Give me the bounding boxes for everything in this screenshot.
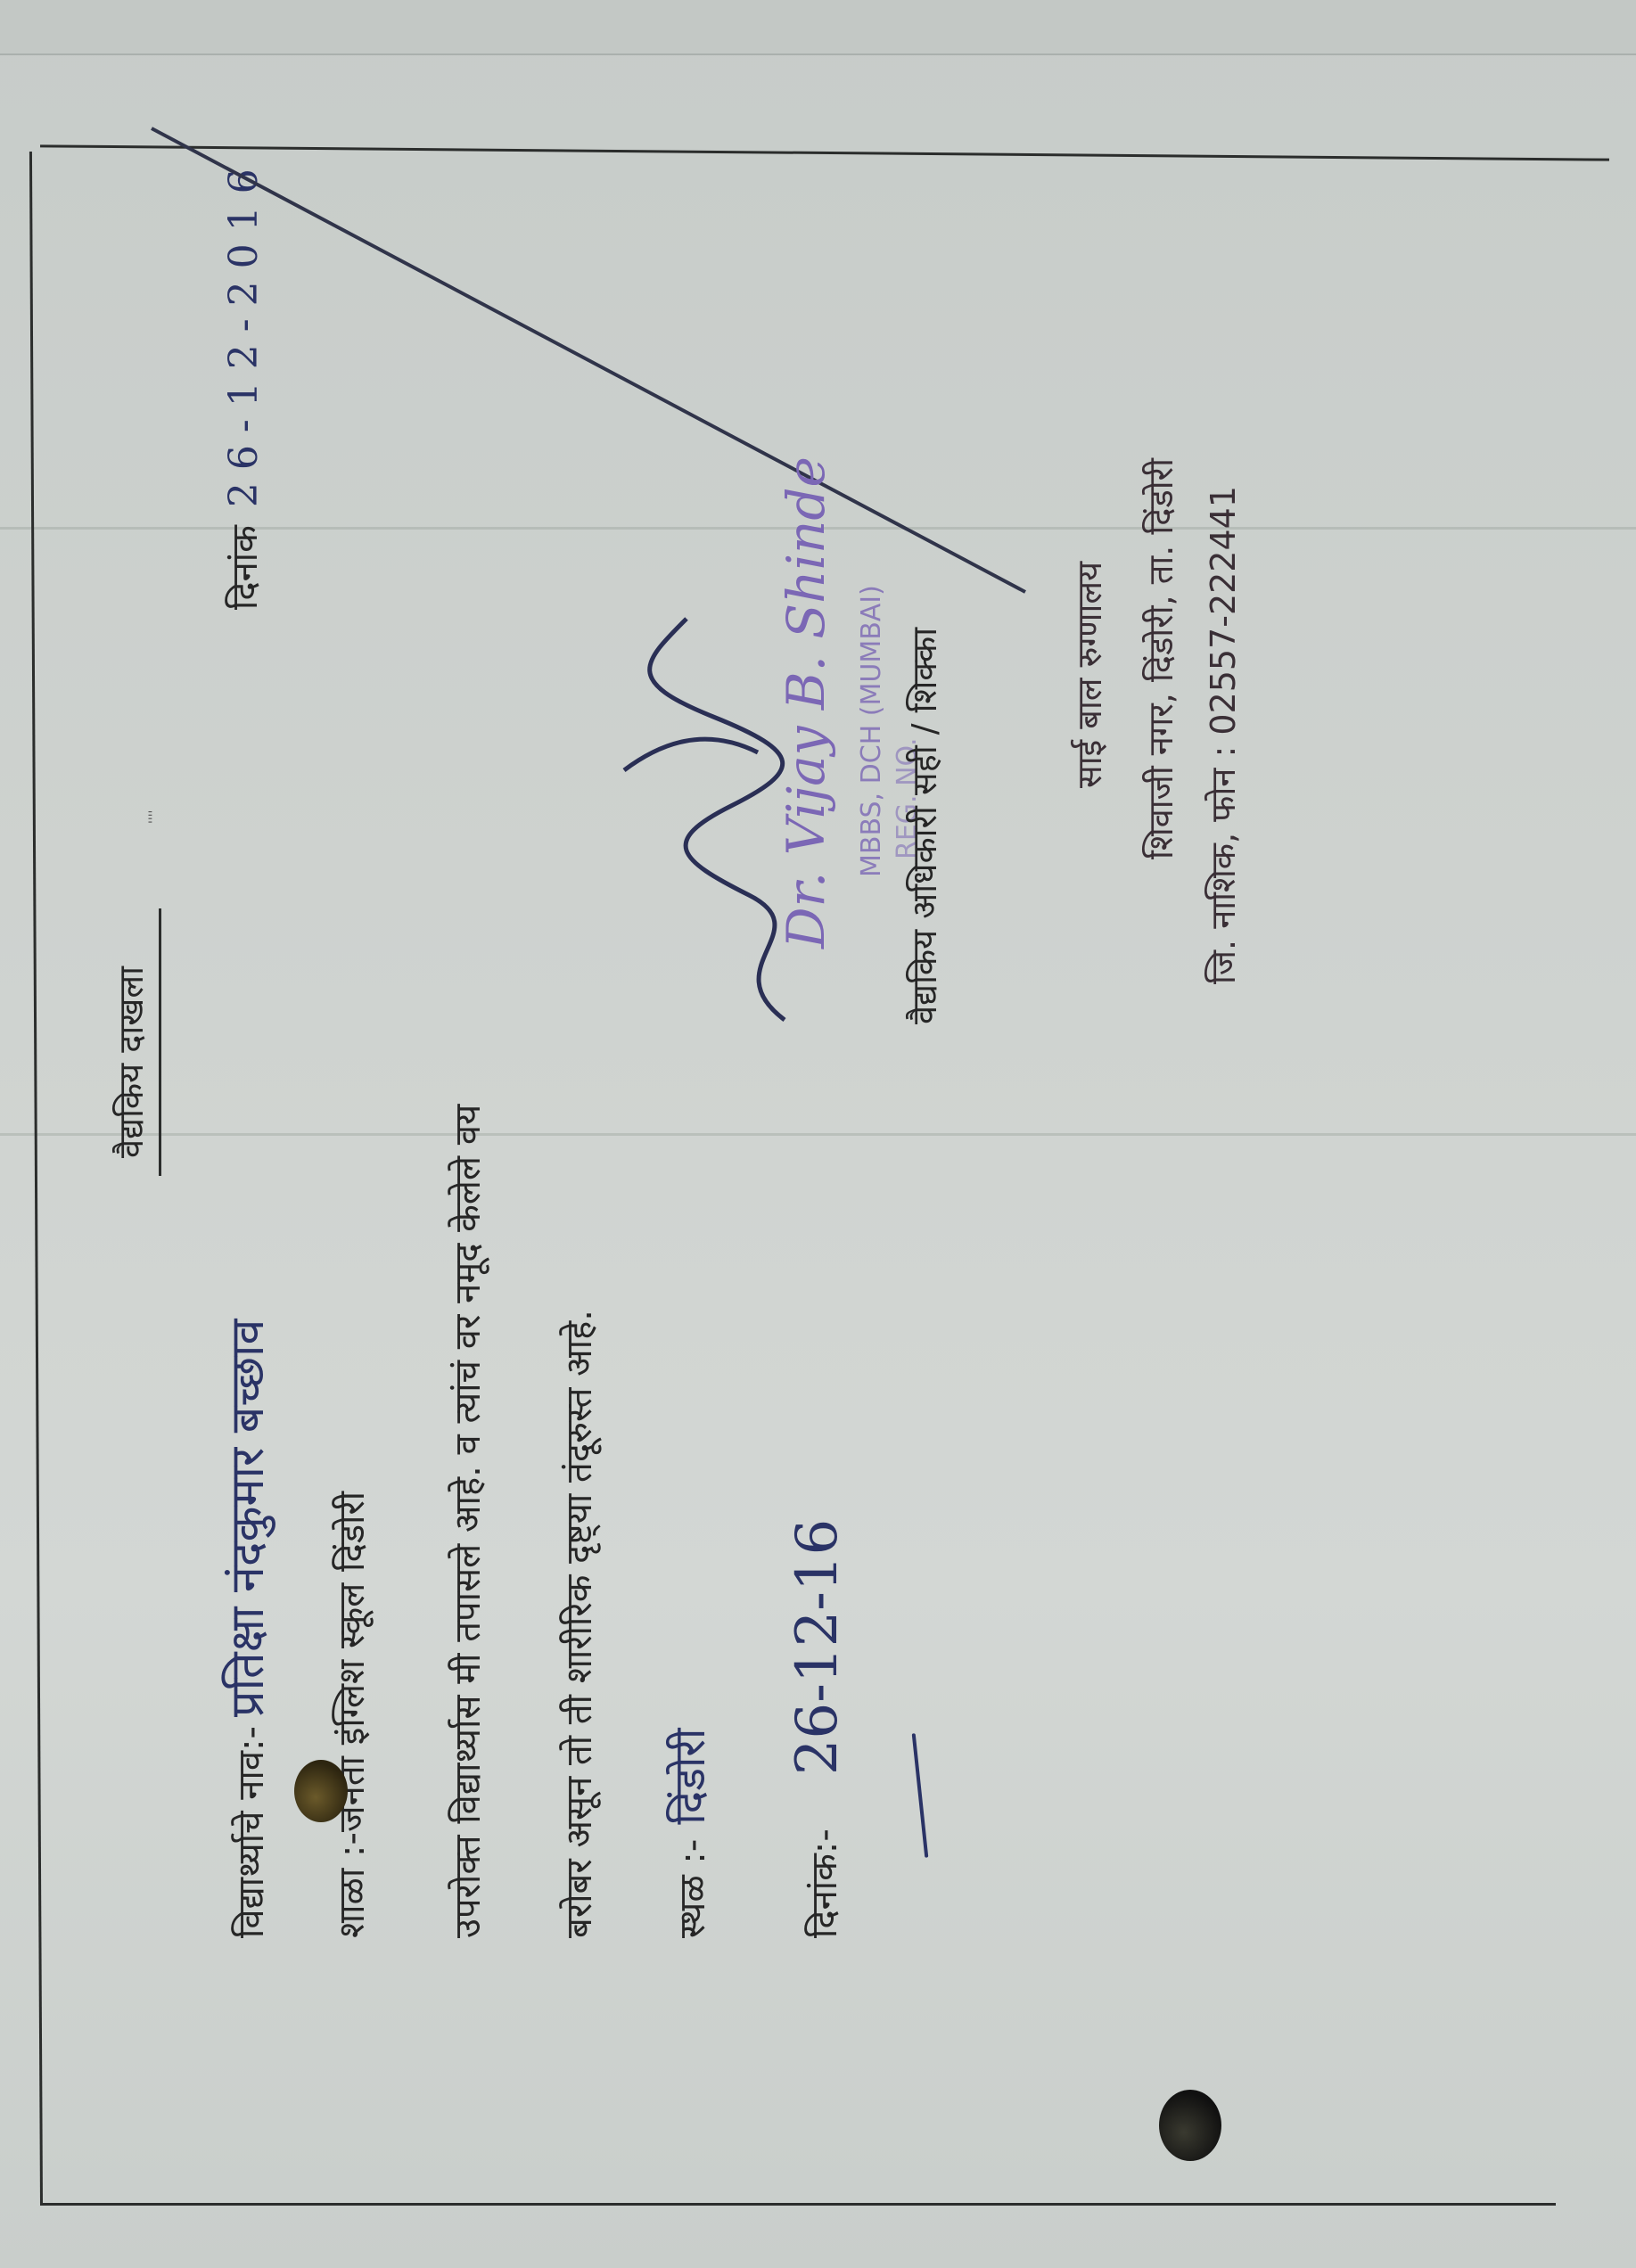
date-value: 26-12-16 <box>785 1519 851 1776</box>
date-label: दिनांक:- <box>798 1828 847 1938</box>
place-value: दिंडोरी <box>665 1729 715 1825</box>
doctor-stamp-qualification: MBBS, DCH (MUMBAI) <box>856 585 887 877</box>
doctor-stamp-name: Dr. Vijay B. Shinde <box>776 456 836 949</box>
place-line: स्थळ :-दिंडोरी <box>660 1729 718 1938</box>
student-name-label: विद्यार्थ्याचे नाव:- <box>225 1726 274 1938</box>
medical-certificate-sheet: वैद्यकिय दाखला '''' विद्यार्थ्याचे नाव:-… <box>0 0 1636 2268</box>
certificate-body-line: उपरोक्त विद्यार्थ्यास मी तपासले आहे. व त… <box>441 1105 490 1938</box>
date-line: दिनांक:-26-12-16 <box>785 1519 851 1938</box>
page-edge <box>0 0 1636 55</box>
punch-hole <box>1159 2090 1221 2161</box>
place-label: स्थळ :- <box>666 1839 715 1938</box>
certificate-body-line: बरोबर असून तो ती शारीरिक दृष्ट्या तंदूरु… <box>553 1310 602 1938</box>
student-name-value: प्रतिक्षा नंदकुमार बच्छाव <box>221 1319 275 1717</box>
hospital-phone: जि. नाशिक, फोन : 02557-222441 <box>1199 486 1245 984</box>
school-line: शाळा :-जनता इंग्लिश स्कूल दिंडोरी <box>325 1491 374 1938</box>
paper-fold <box>0 1133 1636 1136</box>
punch-hole <box>294 1760 348 1822</box>
handwritten-stroke <box>912 1733 929 1858</box>
border-line <box>29 152 43 2206</box>
student-name-line: विद्यार्थ्याचे नाव:-प्रतिक्षा नंदकुमार ब… <box>214 1319 277 1938</box>
hospital-address: शिवाजी नगर, दिंडोरी, ता. दिंडोरी <box>1137 458 1183 859</box>
border-line <box>40 2203 1556 2206</box>
hospital-name: साई बाल रुग्णालय <box>1065 562 1112 788</box>
medical-officer-label: वैद्यकिय अधिकारी सही / शिक्का <box>900 628 947 1024</box>
